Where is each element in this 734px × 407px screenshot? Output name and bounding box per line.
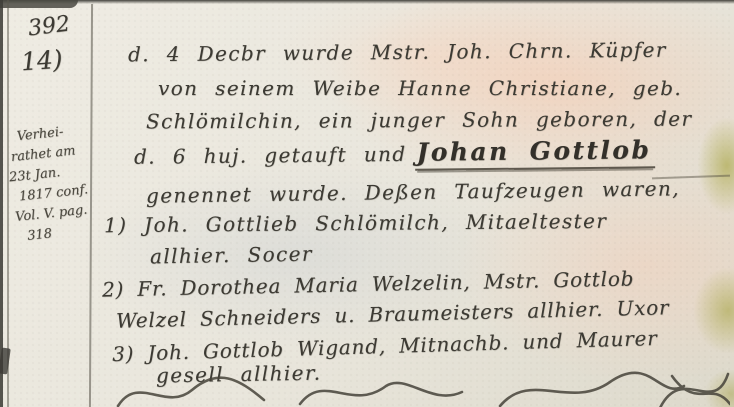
green-stain-right-upper [698, 118, 734, 213]
entry-line-8: 2) Fr. Dorothea Maria Welzelin, Mstr. Go… [102, 266, 635, 301]
scan-edge-top [0, 0, 734, 4]
scan-edge-left [0, 0, 3, 407]
entry-line-5: genennet wurde. Deßen Taufzeugen waren, [146, 176, 680, 207]
entry-line-3: Schlömilchin, ein junger Sohn geboren, d… [146, 107, 693, 134]
entry-line-4-text: d. 6 huj. getauft und [134, 142, 407, 169]
entry-line-7: allhier. Socer [150, 242, 313, 269]
entry-line-1: d. 4 Decbr wurde Mstr. Joh. Chrn. Küpfer [128, 38, 667, 67]
entry-line-10: 3) Joh. Gottlob Wigand, Mitnachb. und Ma… [112, 326, 658, 366]
child-name-underlined: Johan Gottlob [414, 135, 655, 171]
margin-note: Verhei- rathet am 23t Jan. 1817 conf. Vo… [0, 120, 104, 249]
cutoff-handwriting-flourish [100, 368, 730, 407]
scan-edge-bottom-left-mark [0, 348, 11, 375]
church-register-scan-page: 392 14) Verhei- rathet am 23t Jan. 1817 … [0, 0, 734, 407]
green-stain-right-lower [694, 268, 734, 353]
entry-line-2: von seinem Weibe Hanne Christiane, geb. [158, 76, 682, 100]
scan-edge-top-left-corner [0, 0, 78, 8]
entry-number: 14) [20, 45, 63, 77]
entry-line-6: 1) Joh. Gottlieb Schlömilch, Mitaelteste… [104, 209, 607, 237]
entry-line-4: d. 6 huj. getauft undJohan Gottlob [134, 135, 656, 169]
page-number: 392 [27, 12, 72, 42]
